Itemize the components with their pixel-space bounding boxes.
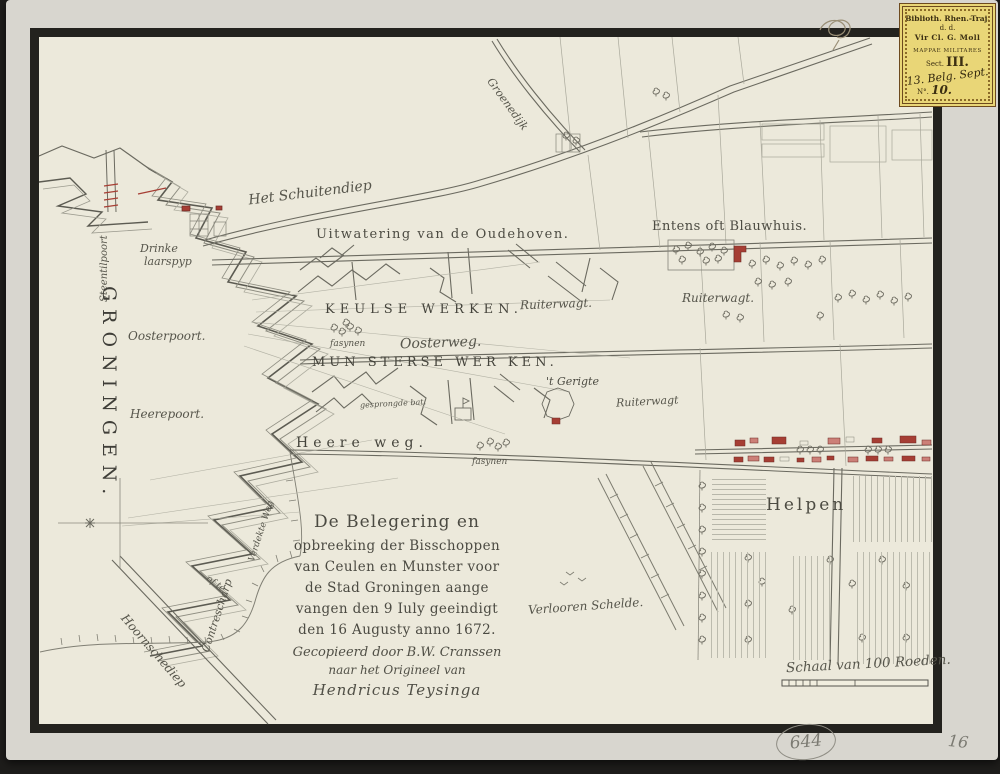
cartouche-line: de Stad Groningen aange — [278, 580, 516, 596]
hatched-field — [848, 476, 932, 542]
label-fasynen-2: fasynen — [472, 458, 507, 467]
label-drinke-2: laarspyp — [144, 256, 192, 267]
hatched-field — [706, 552, 770, 658]
label-munsterse-werken: MUN STERSE WER KEN. — [312, 356, 558, 369]
label-uitwatering: Uitwatering van de Oudehoven. — [316, 228, 569, 241]
cartouche-line: Hendricus Teysinga — [278, 681, 516, 699]
library-bookplate: Biblioth. Rhen.-Traj. d. d. Vir Cl. G. M… — [899, 3, 996, 107]
label-heerepoort: Heerepoort. — [130, 408, 204, 420]
no-value: 10. — [931, 83, 952, 97]
bookplate-dd: d. d. — [903, 24, 992, 32]
label-helpen: Helpen — [766, 497, 846, 514]
bookplate-donor: Vir Cl. G. Moll — [903, 33, 992, 42]
scanned-map-photo: { "colors": { "photo_background": "#1e1d… — [0, 0, 1000, 774]
bookplate-library: Biblioth. Rhen.-Traj. — [903, 14, 992, 23]
cartouche-line: De Belegering en — [278, 512, 516, 532]
cartouche-line: den 16 Augusty anno 1672. — [278, 622, 516, 638]
cartouche-line: vangen den 9 Iuly geeindigt — [278, 601, 516, 617]
label-oosterweg: Oosterweg. — [400, 335, 482, 352]
title-cartouche: De Belegering en opbreeking der Bisschop… — [278, 512, 516, 699]
bookplate-series: MAPPAE MILITARES — [903, 48, 992, 54]
label-ruiterwagt-3: Ruiterwagt — [616, 394, 679, 408]
label-gerigte: 't Gerigte — [546, 376, 599, 387]
label-ruiterwagt-1: Ruiterwagt. — [520, 297, 592, 312]
label-blauwhuis: Entens oft Blauwhuis. — [652, 220, 807, 233]
city-name: GRONINGEN. — [99, 286, 118, 502]
sect-label: Sect. — [926, 60, 944, 68]
cartouche-line: naar het Origineel van — [278, 663, 516, 677]
label-keulse-werken: KEULSE WERKEN. — [325, 303, 523, 316]
hatched-field — [788, 556, 832, 660]
label-oosterpoort: Oosterpoort. — [128, 330, 205, 342]
label-ruiterwagt-2: Ruiterwagt. — [682, 292, 754, 304]
corner-number: 16 — [947, 731, 969, 752]
label-heereweg: Heere weg. — [296, 436, 428, 450]
bookplate-inner-frame: Biblioth. Rhen.-Traj. d. d. Vir Cl. G. M… — [902, 6, 993, 104]
hatched-field — [852, 552, 932, 664]
no-label: N°. — [917, 88, 929, 96]
cartouche-line: Gecopieerd door B.W. Cranssen — [278, 645, 516, 660]
cartouche-line: opbreeking der Bisschoppen — [278, 538, 516, 554]
label-drinke-1: Drinke — [140, 243, 178, 254]
cartouche-line: van Ceulen en Munster voor — [278, 559, 516, 575]
label-fasynen-1: fasynen — [330, 340, 365, 349]
hatched-field — [712, 478, 766, 544]
